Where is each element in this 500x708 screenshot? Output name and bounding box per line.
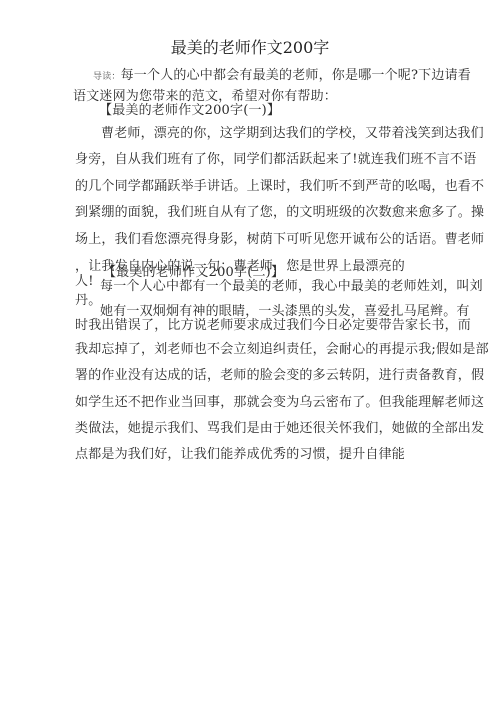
paragraph-line: 时我出错误了，比方说老师要求成过我们今日必定要带告家长书，而 [75, 318, 471, 333]
lead-line-1: 导读：每一个人的心中都会有最美的老师，你是哪一个呢?下边请看 [93, 68, 471, 85]
paragraph-line: 人! [75, 274, 94, 289]
paragraph-line: 身旁，自从我们班有了你，同学们都活跃起来了!就连我们班不言不语 [75, 152, 476, 167]
paragraph-line: 点都是为我们好，让我们能养成优秀的习惯，提升自律能 [75, 447, 405, 462]
paragraph-line: 曹老师，漂亮的你，这学期到达我们的学校，又带着浅笑到达我们 [101, 126, 484, 141]
section-1-heading: 【最美的老师作文200字(一)】 [99, 103, 280, 118]
document-title: 最美的老师作文200字 [0, 38, 500, 58]
paragraph-line: 如学生还不把作业当回事，那就会变为乌云密布了。但我能理解老师这 [75, 395, 484, 410]
paragraph-line: 的几个同学都踊跃举手讲话。上课时，我们听不到严苛的吆喝，也看不 [75, 179, 484, 194]
paragraph-line: 类做法，她提示我们、骂我们是由于她还很关怀我们，她做的全部出发 [75, 421, 484, 436]
section-2-heading: 【最美的老师作文200字(二)】 [103, 265, 284, 280]
paragraph-line: 丹。 [75, 293, 101, 308]
lead-line-2: 语文迷网为您带来的范文，希望对你有帮助： [73, 89, 337, 104]
paragraph-line: 到紧绷的面貌，我们班自从有了您，的文明班级的次数愈来愈多了。操 [75, 205, 484, 220]
paragraph-line: 场上，我们看您漂亮得身影，树荫下可听见您开诚布公的话语。曹老师 [75, 232, 484, 247]
paragraph-line: 她有一双炯炯有神的眼睛，一头漆黑的头发，喜爱扎马尾辫。有 [100, 304, 470, 319]
paragraph-line: 我却忘掉了，刘老师也不会立刻追纠责任，会耐心的再提示我;假如是部 [75, 342, 489, 357]
paragraph-line: 每一个人心中都有一个最美的老师，我心中最美的老师姓刘，叫刘 [100, 279, 483, 294]
lead-label: 导读： [93, 72, 121, 82]
paragraph-line: 署的作业没有达成的话，老师的脸会变的多云转阴，进行责备教育，假 [75, 368, 484, 383]
